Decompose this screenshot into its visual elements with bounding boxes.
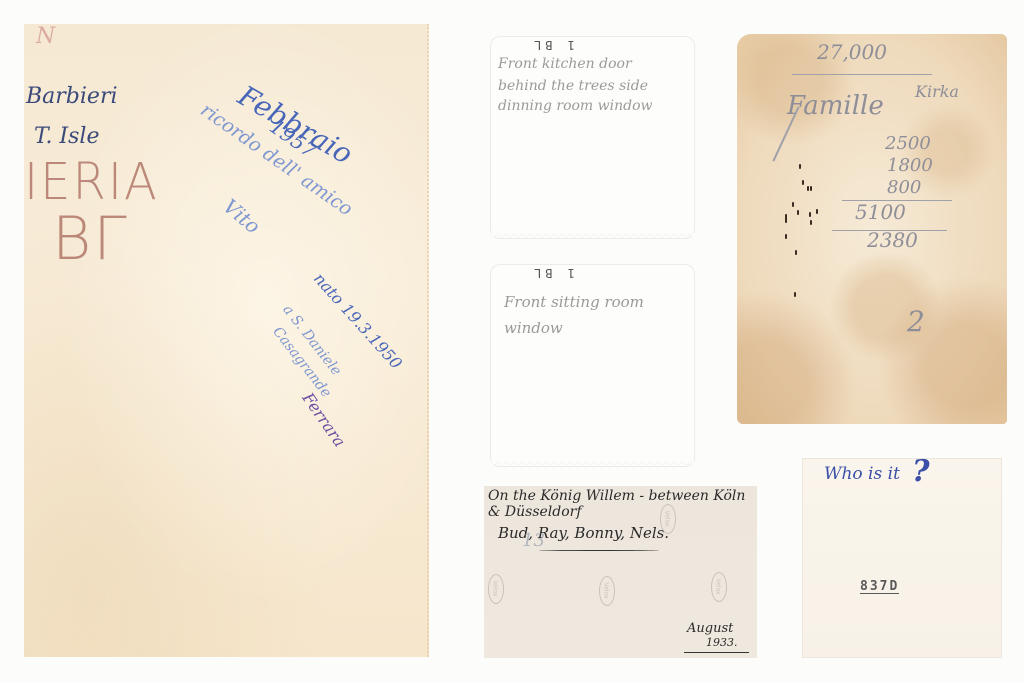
photo-back-koenig-willem: On the König Willem - between Köln & Düs… (484, 486, 757, 658)
pencil-amount-3: 800 (887, 178, 921, 198)
pencil-line-3: dinning room window (498, 96, 653, 116)
foxing-spot (785, 234, 787, 239)
pencil-rule (792, 74, 932, 75)
pencil-result: 2380 (867, 230, 918, 250)
pencil-line-1: Front sitting room (504, 292, 644, 312)
foxing-spot (799, 164, 801, 169)
faint-number: 13 (522, 530, 545, 551)
pencil-amount-2: 1800 (887, 156, 933, 176)
pencil-sum: 5100 (855, 202, 906, 222)
date-year: 1933. (706, 636, 738, 649)
pencil-number-mark: 2 (907, 312, 925, 332)
text-name: Vito (219, 194, 266, 238)
pencil-line-2: behind the trees side (498, 76, 648, 96)
foxing-spot (797, 210, 799, 215)
foxing-spot (794, 292, 796, 297)
foxing-spot (785, 214, 787, 223)
watermark-stamp: Velox (711, 572, 727, 602)
foxing-spot (802, 180, 804, 185)
foxing-spot (810, 220, 812, 225)
pencil-line-1: Front kitchen door (498, 54, 632, 74)
foxing-spot (809, 212, 811, 217)
foxing-spot (792, 202, 794, 207)
pencil-heading: Famille (787, 96, 884, 116)
photo-back-kitchen-door: 1 BL Front kitchen door behind the trees… (490, 36, 695, 239)
postcard-back-italian: N Barbieri T. Isle IERIA BΓ Febbraio 195… (24, 24, 429, 657)
caption-line-2: & Düsseldorf (488, 504, 582, 520)
name-barbieri: Barbieri (26, 84, 118, 109)
foxing-spot (795, 250, 797, 255)
question-mark: ? (912, 458, 930, 489)
caption-line-1: On the König Willem - between Köln (488, 488, 745, 504)
pencil-amount-1: 2500 (885, 134, 931, 154)
watermark-stamp: Velox (660, 504, 676, 534)
pencil-line-2: window (504, 318, 563, 338)
underline-squiggle (539, 549, 659, 551)
print-code: 1 BL (530, 38, 575, 52)
foxing-spot (807, 186, 809, 191)
date-month: August (687, 621, 733, 636)
photo-back-sitting-room: 1 BL Front sitting room window (490, 264, 695, 467)
name-initial: T. Isle (34, 124, 99, 149)
date-underline (684, 651, 749, 653)
stamp-number: 837D (860, 580, 899, 594)
stamp-text-bn: BΓ (52, 204, 129, 274)
stamp-text-ieria: IERIA (24, 153, 159, 212)
watermark-stamp: Velox (488, 574, 504, 604)
photo-back-foxed-ledger: 27,000 Kirka Famille 2500 1800 800 5100 … (737, 34, 1007, 424)
question-text: Who is it (824, 464, 900, 484)
pencil-label: Kirka (915, 82, 959, 102)
photo-back-who-is-it: Who is it ? 837D (802, 458, 1002, 658)
corner-mark: N (36, 24, 55, 49)
pencil-total: 27,000 (817, 42, 887, 62)
pencil-stroke (772, 106, 799, 161)
print-code: 1 BL (530, 266, 575, 280)
foxing-spot (810, 186, 812, 191)
foxing-spot (816, 209, 818, 214)
watermark-stamp: Velox (599, 576, 615, 606)
